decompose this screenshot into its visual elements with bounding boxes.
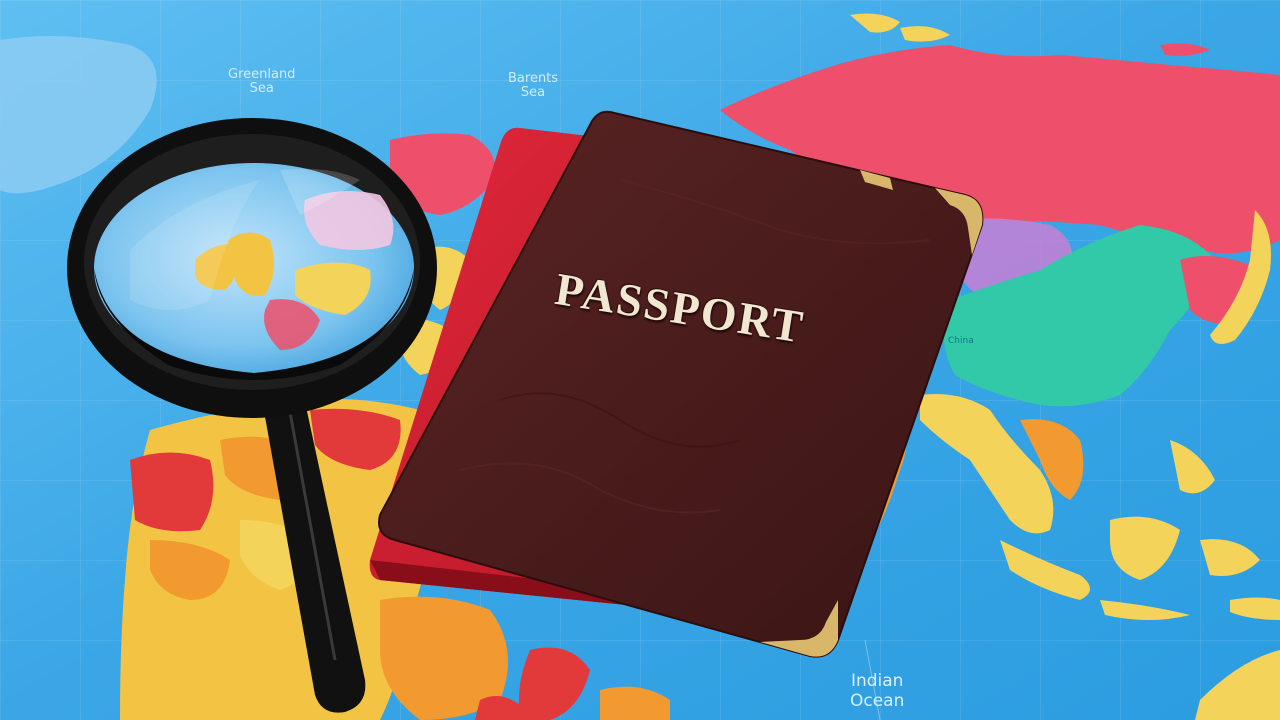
- scene: [0, 0, 1280, 720]
- china-label: China: [948, 336, 974, 346]
- indian-ocean-label: Indian Ocean: [850, 672, 904, 711]
- greenland-sea-label: Greenland Sea: [228, 68, 295, 97]
- barents-sea-label: Barents Sea: [508, 72, 558, 101]
